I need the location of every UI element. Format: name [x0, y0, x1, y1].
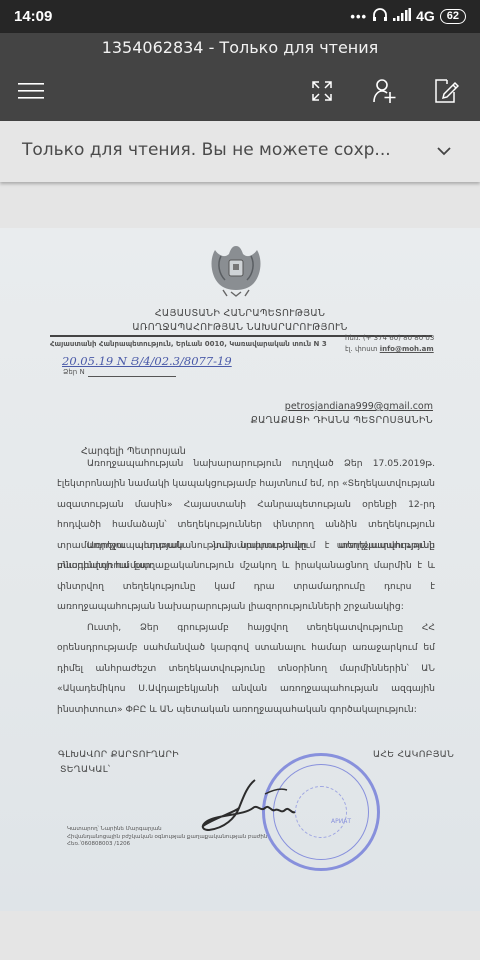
- ministry-email-row: էլ. փոստ info@moh.am: [345, 345, 434, 353]
- executor-name: Կատարող՝ Նարինե Մարգարյան: [67, 826, 267, 834]
- document-viewer[interactable]: ՀԱՅԱՍՏԱՆԻ ՀԱՆՐԱՊԵՏՈՒԹՅԱՆ ԱՌՈՂՋԱՊԱՀՈՒԹՅԱՆ…: [0, 182, 480, 960]
- your-number-line: [88, 376, 176, 377]
- signal-icon: [393, 8, 411, 24]
- recipient-email: petrosjandiana999@gmail.com: [285, 401, 433, 412]
- recipient-name: ՔԱՂԱՔԱՑԻ ԴԻԱՆԱ ՊԵՏՐՈՍՅԱՆԻՆ: [251, 415, 433, 426]
- executor-department: Հիվանդանոցային բժշկական օգնության քաղաքա…: [67, 834, 267, 842]
- status-icons: ••• 4G 62: [350, 7, 466, 25]
- ministry-email: info@moh.am: [380, 345, 434, 353]
- edit-button[interactable]: [428, 73, 464, 109]
- status-bar: 14:09 ••• 4G 62: [0, 0, 480, 33]
- document-title: 1354062834 - Только для чтения: [0, 38, 480, 57]
- document-page: ՀԱՅԱՍՏԱՆԻ ՀԱՆՐԱՊԵՏՈՒԹՅԱՆ ԱՌՈՂՋԱՊԱՀՈՒԹՅԱՆ…: [0, 228, 480, 911]
- status-time: 14:09: [14, 8, 52, 25]
- signatory-title-line2: ՏԵՂԱԿԱԼ՝: [60, 764, 110, 775]
- menu-icon: [16, 81, 46, 101]
- read-only-message: Только для чтения. Вы не можете сохр...: [22, 140, 391, 160]
- add-user-icon: [371, 78, 397, 104]
- ministry-name-line2: ԱՌՈՂՋԱՊԱՀՈՒԹՅԱՆ ՆԱԽԱՐԱՐՈՒԹՅՈՒՆ: [0, 322, 480, 333]
- chevron-down-icon[interactable]: [434, 141, 454, 161]
- ministry-address: Հայաստանի Հանրապետություն, Երևան 0010, Կ…: [50, 340, 327, 348]
- menu-button[interactable]: [13, 73, 49, 109]
- read-only-notice-bar[interactable]: Только для чтения. Вы не можете сохр...: [0, 121, 480, 182]
- fullscreen-icon: [310, 79, 334, 103]
- battery-level: 62: [447, 10, 459, 22]
- more-notifications-icon: •••: [350, 9, 367, 24]
- executor-phone: Հեռ.՝060808003 /1206: [67, 841, 267, 849]
- app-bar: 1354062834 - Только для чтения: [0, 33, 480, 121]
- share-add-user-button[interactable]: [366, 73, 402, 109]
- fullscreen-button[interactable]: [304, 73, 340, 109]
- signatory-name: ԱՀԵ ՀԱԿՈԲՅԱՆ: [373, 749, 454, 760]
- email-label: էլ. փոստ: [345, 345, 377, 353]
- signatory-title-line1: ԳԼԽԱՎՈՐ ՔԱՐՏՈՒՂԱՐԻ: [58, 749, 179, 760]
- outgoing-reference-handwritten: 20.05.19 N Յ/4/02.3/8077-19: [62, 354, 232, 368]
- body-paragraph-2: Առողջապահության նախարարությունը առողջապա…: [57, 536, 435, 618]
- coat-of-arms-emblem: [205, 242, 267, 302]
- body-paragraph-3: Ուստի, Ձեր գրությամբ հայցվող տեղեկատվութ…: [57, 618, 435, 720]
- ministry-phone: հեռ. (+ 374 60) 80 80 03: [345, 334, 434, 342]
- your-number-label: Ձեր N: [63, 368, 85, 376]
- headphones-icon: [372, 7, 388, 25]
- ministry-name-line1: ՀԱՅԱՍՏԱՆԻ ՀԱՆՐԱՊԵՏՈՒԹՅԱՆ: [0, 308, 480, 319]
- stamp-text: АРИАТ: [331, 818, 351, 825]
- executor-info: Կատարող՝ Նարինե Մարգարյան Հիվանդանոցային…: [67, 826, 267, 849]
- edit-document-icon: [433, 78, 459, 104]
- battery-icon: 62: [440, 9, 466, 24]
- network-type: 4G: [416, 8, 435, 24]
